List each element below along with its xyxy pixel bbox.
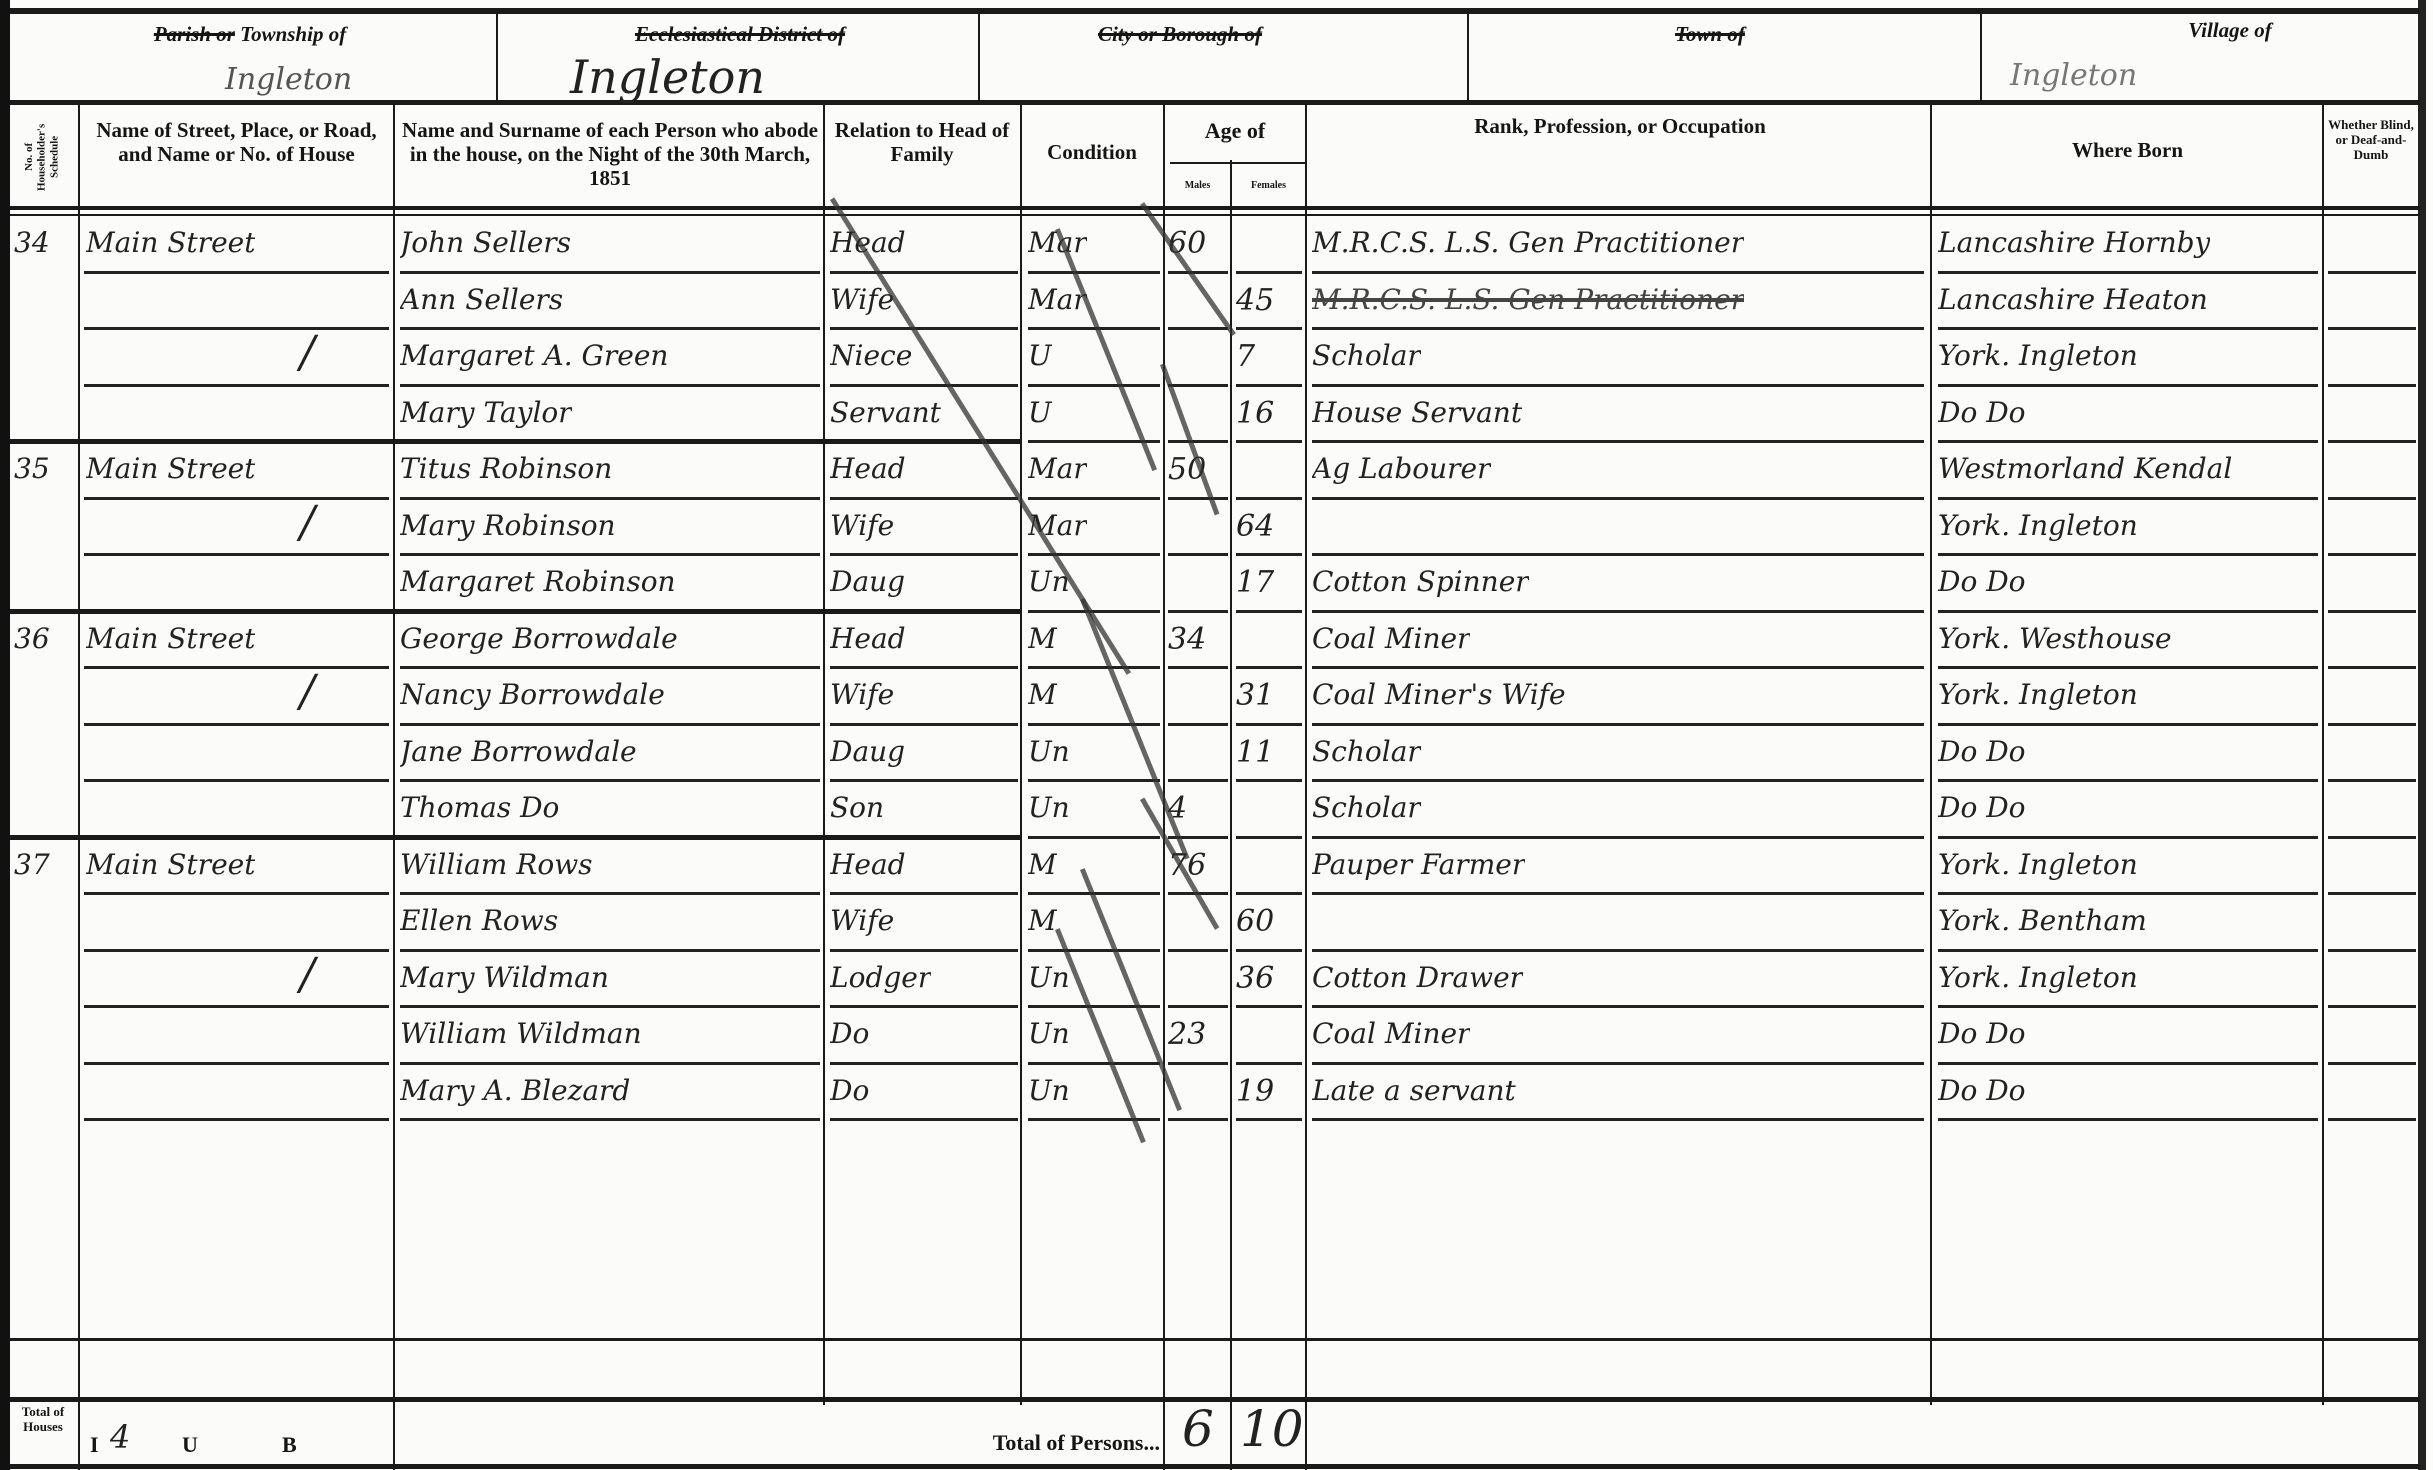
row-rule (1168, 271, 1228, 274)
cell-name: Mary Taylor (400, 396, 572, 429)
row-rule (1028, 384, 1160, 387)
row-rule (1938, 384, 2318, 387)
row-rule (1236, 892, 1302, 895)
row-rule (400, 384, 820, 387)
cell-relation: Son (830, 791, 884, 824)
col-divider (2322, 105, 2324, 1405)
ecclesiastical-value: Ingleton (570, 50, 765, 104)
row-rule (1028, 666, 1160, 669)
tally-stroke (1140, 202, 1236, 336)
cell-relation: Lodger (830, 961, 931, 994)
cell-name: William Wildman (400, 1017, 642, 1050)
row-rule (1938, 553, 2318, 556)
row-rule (1236, 327, 1302, 330)
cell-occupation: Scholar (1312, 791, 1421, 824)
row-rule (1312, 497, 1924, 500)
cell-occupation: M.R.C.S. L.S. Gen Practitioner (1312, 283, 1744, 316)
row-rule (2328, 610, 2416, 613)
row-rule (2328, 1062, 2416, 1065)
cell-schedule: 36 (14, 622, 50, 655)
village-label: Village of (2120, 18, 2340, 42)
row-rule (1938, 497, 2318, 500)
row-rule (1236, 440, 1302, 443)
ecclesiastical-label: Ecclesiastical District of (560, 22, 920, 46)
cell-name: Nancy Borrowdale (400, 678, 665, 711)
row-rule (84, 892, 389, 895)
row-rule (1938, 836, 2318, 839)
row-rule (1312, 610, 1924, 613)
row-rule (1938, 1005, 2318, 1008)
cell-schedule: 34 (14, 226, 50, 259)
row-rule (2328, 440, 2416, 443)
row-rule (400, 497, 820, 500)
row-rule (1028, 779, 1160, 782)
row-rule (1168, 723, 1228, 726)
row-rule (1938, 723, 2318, 726)
ditto-mark: / (300, 949, 315, 1000)
row-rule (1236, 723, 1302, 726)
row-rule (830, 1062, 1018, 1065)
cell-born: Do Do (1938, 565, 2026, 598)
total-persons-label: Total of Persons... (900, 1430, 1160, 1455)
row-rule (2328, 327, 2416, 330)
row-rule (2328, 779, 2416, 782)
ecclesiastical-label-text: Ecclesiastical District of (635, 22, 845, 46)
row-rule (1312, 440, 1924, 443)
ditto-mark: / (300, 666, 315, 717)
cell-relation: Wife (830, 904, 894, 937)
row-rule (2328, 271, 2416, 274)
divider (978, 10, 980, 102)
col-divider (393, 105, 395, 1470)
row-rule (1938, 1118, 2318, 1121)
cell-age-f: 45 (1236, 283, 1274, 318)
row-rule (1236, 1005, 1302, 1008)
row-rule (1236, 949, 1302, 952)
cell-condition: M (1028, 622, 1057, 655)
row-rule (1312, 1062, 1924, 1065)
row-rule (1236, 666, 1302, 669)
row-rule (1236, 271, 1302, 274)
row-rule (2328, 723, 2416, 726)
row-rule (84, 1062, 389, 1065)
row-rule (1312, 1118, 1924, 1121)
age-subheader-rule (1170, 162, 1305, 164)
cell-condition: Mar (1028, 452, 1087, 485)
top-rule (10, 8, 2420, 14)
cell-born: York. Ingleton (1938, 509, 2138, 542)
row-rule (830, 1005, 1018, 1008)
cell-occupation: Cotton Drawer (1312, 961, 1523, 994)
building-label: B (282, 1432, 297, 1457)
cell-born: York. Ingleton (1938, 848, 2138, 881)
page-border-right (2418, 0, 2426, 1470)
village-value: Ingleton (2010, 58, 2137, 93)
row-rule (400, 949, 820, 952)
col-header-age-of: Age of (1165, 118, 1305, 143)
cell-age-f: 11 (1236, 735, 1274, 770)
cell-age-f: 19 (1236, 1074, 1274, 1109)
row-rule (1028, 610, 1160, 613)
household-separator (10, 439, 1020, 444)
row-rule (2328, 666, 2416, 669)
totals-rule (10, 1397, 2420, 1402)
cell-age-m: 34 (1168, 622, 1206, 657)
cell-age-f: 17 (1236, 565, 1274, 600)
cell-born: Westmorland Kendal (1938, 452, 2232, 485)
total-males: 6 (1182, 1400, 1214, 1458)
row-rule (400, 1005, 820, 1008)
row-rule (830, 949, 1018, 952)
row-rule (1938, 779, 2318, 782)
cell-schedule: 37 (14, 848, 50, 881)
row-rule (1236, 779, 1302, 782)
col-divider (78, 105, 80, 1470)
cell-born: Do Do (1938, 791, 2026, 824)
row-rule (1312, 836, 1924, 839)
row-rule (1938, 892, 2318, 895)
row-rule (1168, 327, 1228, 330)
row-rule (2328, 949, 2416, 952)
cell-born: Do Do (1938, 735, 2026, 768)
cell-condition: M (1028, 678, 1057, 711)
col-header-occupation: Rank, Profession, or Occupation (1420, 114, 1820, 138)
cell-age-m: 23 (1168, 1017, 1206, 1052)
row-rule (400, 779, 820, 782)
row-rule (2328, 497, 2416, 500)
row-rule (400, 723, 820, 726)
cell-occupation: Pauper Farmer (1312, 848, 1525, 881)
row-rule (830, 327, 1018, 330)
cell-condition: Un (1028, 961, 1070, 994)
col-header-males: Males (1165, 180, 1230, 192)
row-rule (1236, 1118, 1302, 1121)
cell-relation: Wife (830, 678, 894, 711)
col-header-condition: Condition (1022, 140, 1162, 164)
cell-occupation: Coal Miner (1312, 622, 1470, 655)
cell-name: Mary Wildman (400, 961, 609, 994)
row-rule (1312, 271, 1924, 274)
cell-occupation: M.R.C.S. L.S. Gen Practitioner (1312, 226, 1744, 259)
cell-relation: Wife (830, 509, 894, 542)
tally-stroke (1055, 228, 1157, 471)
cell-relation: Do (830, 1074, 869, 1107)
col-divider (1163, 105, 1165, 1470)
cell-born: York. Ingleton (1938, 678, 2138, 711)
cell-street: Main Street (86, 848, 255, 881)
cell-condition: Un (1028, 791, 1070, 824)
row-rule (1028, 497, 1160, 500)
cell-relation: Head (830, 848, 906, 881)
row-rule (2328, 892, 2416, 895)
row-rule (1312, 892, 1924, 895)
row-rule (1028, 271, 1160, 274)
cell-name: Ann Sellers (400, 283, 563, 316)
row-rule (1028, 1062, 1160, 1065)
row-rule (1168, 610, 1228, 613)
row-rule (1938, 327, 2318, 330)
column-header-rule (10, 206, 2420, 210)
col-header-where-born: Where Born (1935, 138, 2320, 162)
cell-occupation: Ag Labourer (1312, 452, 1491, 485)
row-rule (84, 723, 389, 726)
row-rule (1938, 271, 2318, 274)
cell-born: Do Do (1938, 1017, 2026, 1050)
row-rule (830, 779, 1018, 782)
cell-condition: Un (1028, 735, 1070, 768)
divider (1980, 10, 1982, 102)
row-rule (1168, 497, 1228, 500)
col-divider (1230, 160, 1232, 1470)
row-rule (400, 892, 820, 895)
cell-occupation: Late a servant (1312, 1074, 1516, 1107)
col-divider (1020, 105, 1022, 1405)
ditto-mark: / (300, 327, 315, 378)
row-rule (830, 384, 1018, 387)
row-rule (1168, 949, 1228, 952)
cell-born: York. Ingleton (1938, 339, 2138, 372)
row-rule (84, 497, 389, 500)
row-rule (2328, 1118, 2416, 1121)
row-rule (400, 327, 820, 330)
cell-age-f: 64 (1236, 509, 1274, 544)
row-rule (2328, 1005, 2416, 1008)
row-rule (1938, 949, 2318, 952)
row-rule (1938, 666, 2318, 669)
row-rule (1312, 949, 1924, 952)
row-rule (400, 1062, 820, 1065)
household-separator (10, 609, 1020, 614)
row-rule (400, 553, 820, 556)
col-header-street: Name of Street, Place, or Road, and Name… (84, 118, 389, 166)
cell-name: Thomas Do (400, 791, 559, 824)
row-rule (1236, 610, 1302, 613)
cell-born: Do Do (1938, 1074, 2026, 1107)
row-rule (84, 779, 389, 782)
cell-name: Mary Robinson (400, 509, 616, 542)
cell-name: Jane Borrowdale (400, 735, 637, 768)
col-header-blind-deaf: Whether Blind, or Deaf-and-Dumb (2325, 118, 2417, 163)
row-rule (830, 271, 1018, 274)
cell-name: Ellen Rows (400, 904, 558, 937)
row-rule (1168, 779, 1228, 782)
cell-condition: U (1028, 339, 1052, 372)
col-divider (1930, 105, 1932, 1405)
cell-age-f: 31 (1236, 678, 1274, 713)
row-rule (1028, 553, 1160, 556)
tally-stroke (1080, 868, 1182, 1111)
cell-occupation: Coal Miner (1312, 1017, 1470, 1050)
cell-born: York. Ingleton (1938, 961, 2138, 994)
uninhabited-label: U (182, 1432, 198, 1457)
cell-relation: Servant (830, 396, 941, 429)
row-rule (1312, 327, 1924, 330)
cell-occupation: Coal Miner's Wife (1312, 678, 1566, 711)
col-header-schedule: No. of Householder's Schedule (12, 112, 72, 202)
row-rule (1168, 440, 1228, 443)
cell-name: John Sellers (400, 226, 571, 259)
cell-relation: Daug (830, 565, 905, 598)
row-rule (1236, 384, 1302, 387)
row-rule (830, 497, 1018, 500)
row-rule (400, 666, 820, 669)
cell-relation: Daug (830, 735, 905, 768)
row-rule (84, 666, 389, 669)
col-divider (823, 105, 825, 1405)
cell-born: York. Westhouse (1938, 622, 2172, 655)
row-rule (1168, 1005, 1228, 1008)
row-rule (2328, 384, 2416, 387)
row-rule (84, 1118, 389, 1121)
col-divider (1305, 105, 1307, 1470)
cell-condition: U (1028, 396, 1052, 429)
inhabited-label: I (90, 1432, 99, 1457)
cell-relation: Head (830, 452, 906, 485)
household-separator (10, 835, 1020, 840)
totals-houses-label: Total of Houses (12, 1405, 74, 1435)
row-rule (1028, 949, 1160, 952)
page-border-left (0, 0, 10, 1470)
column-header-rule-2 (10, 214, 2420, 216)
row-rule (1168, 1062, 1228, 1065)
bottom-rule (10, 1338, 2420, 1341)
cell-street: Main Street (86, 452, 255, 485)
row-rule (830, 553, 1018, 556)
row-rule (1938, 1062, 2318, 1065)
cell-relation: Do (830, 1017, 869, 1050)
cell-occupation: Scholar (1312, 339, 1421, 372)
town-label: Town of (1560, 22, 1860, 46)
cell-age-f: 7 (1236, 339, 1255, 374)
cell-relation: Head (830, 622, 906, 655)
row-rule (84, 553, 389, 556)
cell-name: Titus Robinson (400, 452, 612, 485)
cell-born: Lancashire Hornby (1938, 226, 2210, 259)
cell-occupation: House Servant (1312, 396, 1522, 429)
row-rule (1312, 1005, 1924, 1008)
cell-age-f: 16 (1236, 396, 1274, 431)
cell-condition: M (1028, 904, 1057, 937)
row-rule (1236, 553, 1302, 556)
row-rule (84, 327, 389, 330)
cell-schedule: 35 (14, 452, 50, 485)
row-rule (1028, 723, 1160, 726)
row-rule (400, 1118, 820, 1121)
parish-label-struck: Parish or (154, 22, 235, 46)
cell-born: Lancashire Heaton (1938, 283, 2208, 316)
total-females: 10 (1240, 1400, 1304, 1458)
cell-condition: Un (1028, 1074, 1070, 1107)
parish-label: Parish or Township of (60, 22, 440, 46)
col-header-females: Females (1232, 180, 1305, 192)
row-rule (1168, 1118, 1228, 1121)
divider (496, 10, 498, 102)
row-rule (1938, 610, 2318, 613)
cell-name: Mary A. Blezard (400, 1074, 630, 1107)
row-rule (1312, 384, 1924, 387)
row-rule (1312, 723, 1924, 726)
row-rule (830, 1118, 1018, 1121)
row-rule (1938, 440, 2318, 443)
cell-condition: Un (1028, 1017, 1070, 1050)
row-rule (1168, 384, 1228, 387)
cell-age-f: 60 (1236, 904, 1274, 939)
cell-born: Do Do (1938, 396, 2026, 429)
cell-name: Margaret A. Green (400, 339, 668, 372)
row-rule (2328, 836, 2416, 839)
cell-relation: Niece (830, 339, 912, 372)
city-borough-label: City or Borough of (1030, 22, 1330, 46)
page-bottom-rule (10, 1464, 2420, 1469)
cell-name: William Rows (400, 848, 593, 881)
row-rule (830, 892, 1018, 895)
row-rule (84, 271, 389, 274)
cell-occupation: Scholar (1312, 735, 1421, 768)
parish-value: Ingleton (225, 62, 352, 97)
row-rule (1312, 553, 1924, 556)
row-rule (1028, 1118, 1160, 1121)
divider (1467, 10, 1469, 102)
row-rule (1236, 1062, 1302, 1065)
cell-name: Margaret Robinson (400, 565, 676, 598)
row-rule (1236, 836, 1302, 839)
row-rule (1312, 666, 1924, 669)
cell-condition: M (1028, 848, 1057, 881)
census-page: Parish or Township of Ingleton Ecclesias… (0, 0, 2433, 1470)
row-rule (400, 271, 820, 274)
row-rule (1236, 497, 1302, 500)
cell-name: George Borrowdale (400, 622, 678, 655)
cell-born: York. Bentham (1938, 904, 2147, 937)
row-rule (1168, 553, 1228, 556)
row-rule (84, 949, 389, 952)
inhabited-value: 4 (110, 1418, 130, 1456)
col-header-name: Name and Surname of each Person who abod… (400, 118, 820, 190)
row-rule (1312, 779, 1924, 782)
cell-street: Main Street (86, 622, 255, 655)
cell-occupation: Cotton Spinner (1312, 565, 1529, 598)
header-rule (10, 100, 2420, 105)
col-header-relation: Relation to Head of Family (826, 118, 1018, 166)
row-rule (84, 384, 389, 387)
row-rule (830, 666, 1018, 669)
cell-street: Main Street (86, 226, 255, 259)
row-rule (84, 1005, 389, 1008)
cell-age-f: 36 (1236, 961, 1274, 996)
row-rule (830, 723, 1018, 726)
ditto-mark: / (300, 497, 315, 548)
row-rule (2328, 553, 2416, 556)
row-rule (1168, 666, 1228, 669)
row-rule (1028, 836, 1160, 839)
